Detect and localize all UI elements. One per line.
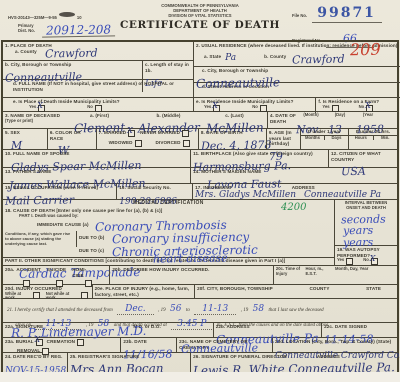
- interval-b-value: years: [343, 225, 373, 237]
- city-label: b. City, Borough or Township: [5, 62, 140, 68]
- file-no-label: File No.: [292, 13, 307, 18]
- length-of-stay-label: c. Length of stay in 1b.: [145, 62, 191, 73]
- informant-value: Mrs. Gladys McMillen: [195, 191, 296, 200]
- injury-state-label: STATE: [366, 286, 381, 292]
- primary-district-label: Primary Dist. No.: [18, 24, 42, 34]
- pod-municipality-no-checkbox: [95, 105, 102, 112]
- autopsy-no-mark: X: [370, 254, 376, 263]
- cremation-label: CREMATION: [47, 339, 75, 345]
- father-cell: 13. FATHER'S NAME James Wallace McMillen: [3, 168, 190, 183]
- cause-of-death-main: MEDICAL CERTIFICATION 18. CAUSE OF DEATH…: [3, 200, 334, 265]
- res-municipality-yes-label: Yes: [204, 105, 211, 110]
- last-name-cell: c. (Last) McMillen: [202, 112, 267, 128]
- cremation-checkbox: [77, 339, 84, 346]
- sex-label: 5. SEX: [5, 130, 45, 136]
- res-farm-yes-label: Yes: [322, 105, 329, 110]
- cemetery-cell: 23c. NAME OF CEMETERY OR CREMATORY Conne…: [176, 338, 272, 352]
- funeral-director-label: 26. SIGNATURE OF FUNERAL DIRECTOR: [193, 354, 287, 360]
- burial-mark: X: [35, 335, 41, 344]
- date-received-label: 24. DATE REC'D BY REG.: [5, 354, 65, 360]
- never-married-label: NEVER MARRIED: [140, 130, 180, 136]
- middle-name-label: b. (Middle): [137, 113, 200, 119]
- part2-overlay-handwriting: heart disease: [153, 253, 228, 265]
- block-occupation-informant: 15. USUAL OCCUPATION (even if retired) M…: [3, 184, 397, 200]
- dod-year-label: (Year: [354, 113, 382, 118]
- file-no-value: 99871: [317, 5, 376, 21]
- autopsy-no-checkbox: X: [371, 258, 378, 265]
- block-physician-signature: 22a. SIGNATURE M.D. or D.O. R. P. Lindem…: [3, 323, 397, 338]
- certify-text-3: to: [186, 308, 190, 313]
- widowed-label: WIDOWED: [109, 140, 133, 146]
- date-signed-label: 22c. DATE SIGNED: [324, 324, 395, 330]
- date-of-death-cell: 4. DATE OF DEATH (Month) (Day) (Year Nov…: [267, 112, 397, 128]
- residence-state-label: a. State: [204, 54, 221, 60]
- certify-text-2: , 19: [158, 308, 166, 313]
- residence-county-label: b. County: [264, 54, 286, 60]
- block-spouse-birthplace: 10. FULL NAME OF SPOUSE Gladys Spear McM…: [3, 150, 397, 168]
- scan-bottom-margin: [0, 372, 400, 382]
- ssn-cell: 16. Social Security No. 190-20-6986: [116, 184, 192, 199]
- pod-municipality-yes-checkbox: X: [38, 105, 45, 112]
- res-farm-no-checkbox: X: [366, 105, 373, 112]
- pod-municipality-yes-mark: X: [37, 101, 43, 110]
- first-name-cell: a. (First) Clement: [64, 112, 135, 128]
- block-demographics: 5. SEX M 6. COLOR OR RACE W 7. MARRIED X…: [3, 129, 397, 150]
- date-of-birth-cell: 8. DATE OF BIRTH Dec. 4, 1878: [198, 129, 266, 149]
- citizen-label: 12. CITIZEN OF WHAT COUNTRY: [331, 151, 395, 162]
- place-of-injury-label: 20e. PLACE OF INJURY (e.g., home, farm, …: [95, 286, 192, 297]
- block-disposition: 23a. BURIAL X CREMATION REMOVAL 23b. DAT…: [3, 338, 397, 353]
- stamp-suffix: 10: [77, 15, 82, 20]
- informant-cell: 17. INFORMANT ADDRESS Mrs. Gladys McMill…: [192, 184, 397, 199]
- autopsy-yes-checkbox: [346, 258, 353, 265]
- birthplace-label: 11. BIRTHPLACE (Also give state or forei…: [193, 151, 326, 157]
- describe-injury-cell: 20b. DESCRIBE HOW INJURY OCCURRED.: [109, 266, 273, 284]
- first-name-label: a. (First): [66, 113, 133, 119]
- date-of-birth-label: 8. DATE OF BIRTH: [201, 130, 264, 136]
- certify-from-value: Dec.: [117, 304, 153, 315]
- ssn-label: 16. Social Security No.: [119, 185, 190, 191]
- married-mark: X: [127, 126, 133, 135]
- informant-address-value: Conneautville Pa: [304, 191, 381, 200]
- certificate-form: 1. PLACE OF DEATH a. County Crawford b. …: [1, 40, 399, 374]
- header-titles: COMMONWEALTH OF PENNSYLVANIA DEPARTMENT …: [105, 4, 295, 31]
- division-line: DIVISION OF VITAL STATISTICS: [105, 14, 295, 19]
- dod-day-label: (Day): [326, 113, 354, 118]
- block-injury-top: 20a. ACCIDENT SUICIDE HOMI-CIDE 20b. DES…: [3, 266, 397, 285]
- min-label: Min.: [373, 136, 398, 141]
- accident-suicide-homicide-cell: 20a. ACCIDENT SUICIDE HOMI-CIDE: [3, 266, 109, 284]
- disposition-location-label: 23d. LOCATION (City, Boro., Twp. & Count…: [275, 339, 395, 345]
- date-received-cell: 24. DATE REC'D BY REG. NOV-15-1958: [3, 353, 67, 372]
- county-value: Crawford: [45, 47, 98, 59]
- autopsy-yes-label: Yes: [337, 258, 344, 263]
- never-married-checkbox: [182, 130, 189, 137]
- residence-state-value: Pa: [225, 54, 236, 63]
- occupation-cell: 15. USUAL OCCUPATION (even if retired) M…: [3, 184, 116, 199]
- block-parents: 13. FATHER'S NAME James Wallace McMillen…: [3, 168, 397, 184]
- while-at-work-checkbox: [33, 292, 40, 299]
- name-of-deceased-heading-cell: 3. NAME OF DECEASED (Type or print): [3, 112, 64, 128]
- interval-and-autopsy-col: INTERVAL BETWEEN ONSET AND DEATH seconds…: [334, 200, 397, 265]
- certificate-header: HVS-20143—325M—9-5510 Primary Dist. No. …: [0, 0, 400, 40]
- hour-est-label: Hour, m., E.S.T.: [305, 267, 331, 277]
- citizen-cell: 12. CITIZEN OF WHAT COUNTRY USA: [328, 150, 397, 167]
- funeral-director-address-label: ADDRESS: [317, 354, 340, 360]
- street-address-red-number: 209: [350, 42, 381, 59]
- race-label: 6. COLOR OR RACE: [50, 130, 94, 141]
- sex-cell: 5. SEX M: [3, 129, 47, 149]
- block-registration: 24. DATE REC'D BY REG. NOV-15-1958 25. R…: [3, 353, 397, 372]
- describe-injury-label: 20b. DESCRIBE HOW INJURY OCCURRED.: [112, 267, 271, 273]
- disposition-date-cell: 23b. DATE 11/16/58: [120, 338, 176, 352]
- registrar-cell: 25. REGISTRAR'S SIGNATURE Mrs Ann Bocan: [67, 353, 190, 372]
- physician-address-label: 22b. ADDRESS: [216, 324, 319, 330]
- block-place-and-residence: 1. PLACE OF DEATH a. County Crawford b. …: [3, 42, 397, 112]
- burial-label: 23a. BURIAL: [5, 339, 34, 345]
- injury-city-label: 20f. CITY, BOROUGH, TOWNSHIP: [197, 286, 273, 292]
- mother-label: 14. MOTHER'S MAIDEN NAME: [193, 169, 395, 175]
- res-farm-yes-checkbox: [332, 105, 339, 112]
- residence-city-label: c. City, Borough or Township: [202, 68, 400, 74]
- due-to-b-label: DUE TO (b): [79, 235, 104, 241]
- certify-to-year: 58: [253, 304, 264, 314]
- month-day-year-label: Month, Day, Year: [335, 267, 395, 272]
- date-of-death-label: 4. DATE OF DEATH: [270, 113, 296, 124]
- disposition-date-label: 23b. DATE: [123, 339, 174, 345]
- certify-from-year: 56: [170, 304, 181, 314]
- funeral-director-cell: 26. SIGNATURE OF FUNERAL DIRECTOR ADDRES…: [190, 353, 397, 372]
- block-name-and-death-date: 3. NAME OF DECEASED (Type or print) a. (…: [3, 112, 397, 129]
- date-signed-cell: 22c. DATE SIGNED 11-14-58: [321, 323, 397, 337]
- father-label: 13. FATHER'S NAME: [5, 169, 188, 175]
- physician-address-cell: 22b. ADDRESS Conneautville Pa: [213, 323, 321, 337]
- dod-month-label: (Month): [296, 113, 326, 118]
- stamp-oval-icon: [59, 12, 75, 17]
- age-label: 9. AGE (In years last birthday): [269, 130, 298, 147]
- birthplace-cell: 11. BIRTHPLACE (Also give state or forei…: [190, 150, 328, 167]
- burial-checkbox: X: [36, 339, 43, 346]
- last-name-label: c. (Last): [204, 113, 265, 119]
- res-municipality-yes-checkbox: X: [213, 105, 220, 112]
- middle-name-cell: b. (Middle) Alexander: [135, 112, 202, 128]
- block-certify-statement: 21. I hereby certify that I attended the…: [3, 299, 397, 323]
- section-usual-residence: 2. USUAL RESIDENCE (where deceased lived…: [193, 42, 400, 111]
- homicide-label: HOMI-CIDE: [72, 267, 90, 278]
- registrar-label: 25. REGISTRAR'S SIGNATURE: [70, 354, 188, 360]
- time-of-injury-label: 20c. Time of Injury: [276, 267, 302, 277]
- city-value: Conneautville: [5, 71, 82, 83]
- married-label: 7. MARRIED: [99, 130, 127, 136]
- block-injury-bottom: 20d. INJURY OCCURRED While at work Not w…: [3, 285, 397, 299]
- primary-district: Primary Dist. No. 20912-208: [18, 24, 115, 37]
- occupation-label: 15. USUAL OCCUPATION (even if retired): [5, 185, 114, 191]
- certify-text-5: that I last saw the deceased: [269, 308, 324, 313]
- certificate-title: CERTIFICATE OF DEATH: [105, 19, 295, 31]
- due-to-c-label: DUE TO (c): [79, 248, 104, 254]
- green-annotation: 4200: [281, 203, 306, 213]
- divorced-label: DIVORCED: [156, 140, 181, 146]
- injury-county-label: COUNTY: [309, 286, 329, 292]
- spouse-label: 10. FULL NAME OF SPOUSE: [5, 151, 188, 157]
- injury-20a-label: 20a.: [5, 267, 14, 273]
- place-of-injury-cell: 20e. PLACE OF INJURY (e.g., home, farm, …: [92, 285, 194, 298]
- days-label: Days: [324, 136, 348, 141]
- injury-city-cell: 20f. CITY, BOROUGH, TOWNSHIP COUNTY STAT…: [194, 285, 397, 298]
- residence-city-value: Conneautville: [196, 76, 280, 89]
- suicide-label: SUICIDE: [47, 267, 66, 273]
- death-certificate-scan: HVS-20143—325M—9-5510 Primary Dist. No. …: [0, 0, 400, 382]
- pod-municipality-yes-label: Yes: [29, 105, 36, 110]
- injury-occurred-cell: 20d. INJURY OCCURRED While at work Not w…: [3, 285, 92, 298]
- county-label: a. County: [15, 49, 37, 55]
- immediate-cause-label: IMMEDIATE CAUSE (a): [37, 222, 89, 228]
- disposition-location-cell: 23d. LOCATION (City, Boro., Twp. & Count…: [272, 338, 397, 352]
- form-number: HVS-20143—325M—9-55: [8, 15, 57, 20]
- name-of-deceased-sub: (Type or print): [5, 119, 62, 124]
- interval-c-value: years: [343, 237, 373, 249]
- pod-municipality-no-label: No: [87, 105, 93, 110]
- spouse-cell: 10. FULL NAME OF SPOUSE Gladys Spear McM…: [3, 150, 190, 167]
- res-municipality-no-checkbox: [260, 105, 267, 112]
- accident-label: ACCIDENT: [16, 267, 41, 273]
- married-checkbox: X: [128, 130, 135, 137]
- certify-text-4: , 19: [241, 308, 249, 313]
- res-farm-no-mark: X: [365, 101, 371, 110]
- res-farm-no-label: No: [359, 105, 365, 110]
- marital-status-cell: 7. MARRIED X NEVER MARRIED WIDOWED DIVOR…: [96, 129, 198, 149]
- sex-value: M: [11, 139, 22, 150]
- res-municipality-yes-mark: X: [212, 101, 218, 110]
- form-number-stamp: HVS-20143—325M—9-5510: [8, 6, 82, 24]
- hours-label: Hours: [349, 136, 373, 141]
- widowed-checkbox: [135, 140, 142, 147]
- age-under1-cell: If under 1 year Months Days: [300, 129, 348, 149]
- conditions-note: Conditions, if any, which gave rise to a…: [5, 232, 74, 246]
- res-municipality-no-label: No: [252, 105, 258, 110]
- not-while-at-work-checkbox: [81, 292, 88, 299]
- race-cell: 6. COLOR OR RACE W: [47, 129, 96, 149]
- burial-cremation-cell: 23a. BURIAL X CREMATION REMOVAL: [3, 338, 120, 352]
- months-label: Months: [301, 136, 324, 141]
- time-of-injury-cell: 20c. Time of Injury Hour, m., E.S.T. Mon…: [273, 266, 397, 284]
- divorced-checkbox: [183, 140, 190, 147]
- mother-cell: 14. MOTHER'S MAIDEN NAME Lavona Faust: [190, 168, 397, 183]
- age-cell: 9. AGE (In years last birthday) 79: [266, 129, 300, 149]
- block-medical-certification: MEDICAL CERTIFICATION 18. CAUSE OF DEATH…: [3, 200, 397, 266]
- autopsy-no-label: No: [363, 258, 369, 263]
- residence-county-value: Crawford: [292, 54, 345, 66]
- age-under24-cell: If under 24 hrs. Hours Min.: [348, 129, 397, 149]
- section-place-of-death: 1. PLACE OF DEATH a. County Crawford b. …: [3, 42, 193, 111]
